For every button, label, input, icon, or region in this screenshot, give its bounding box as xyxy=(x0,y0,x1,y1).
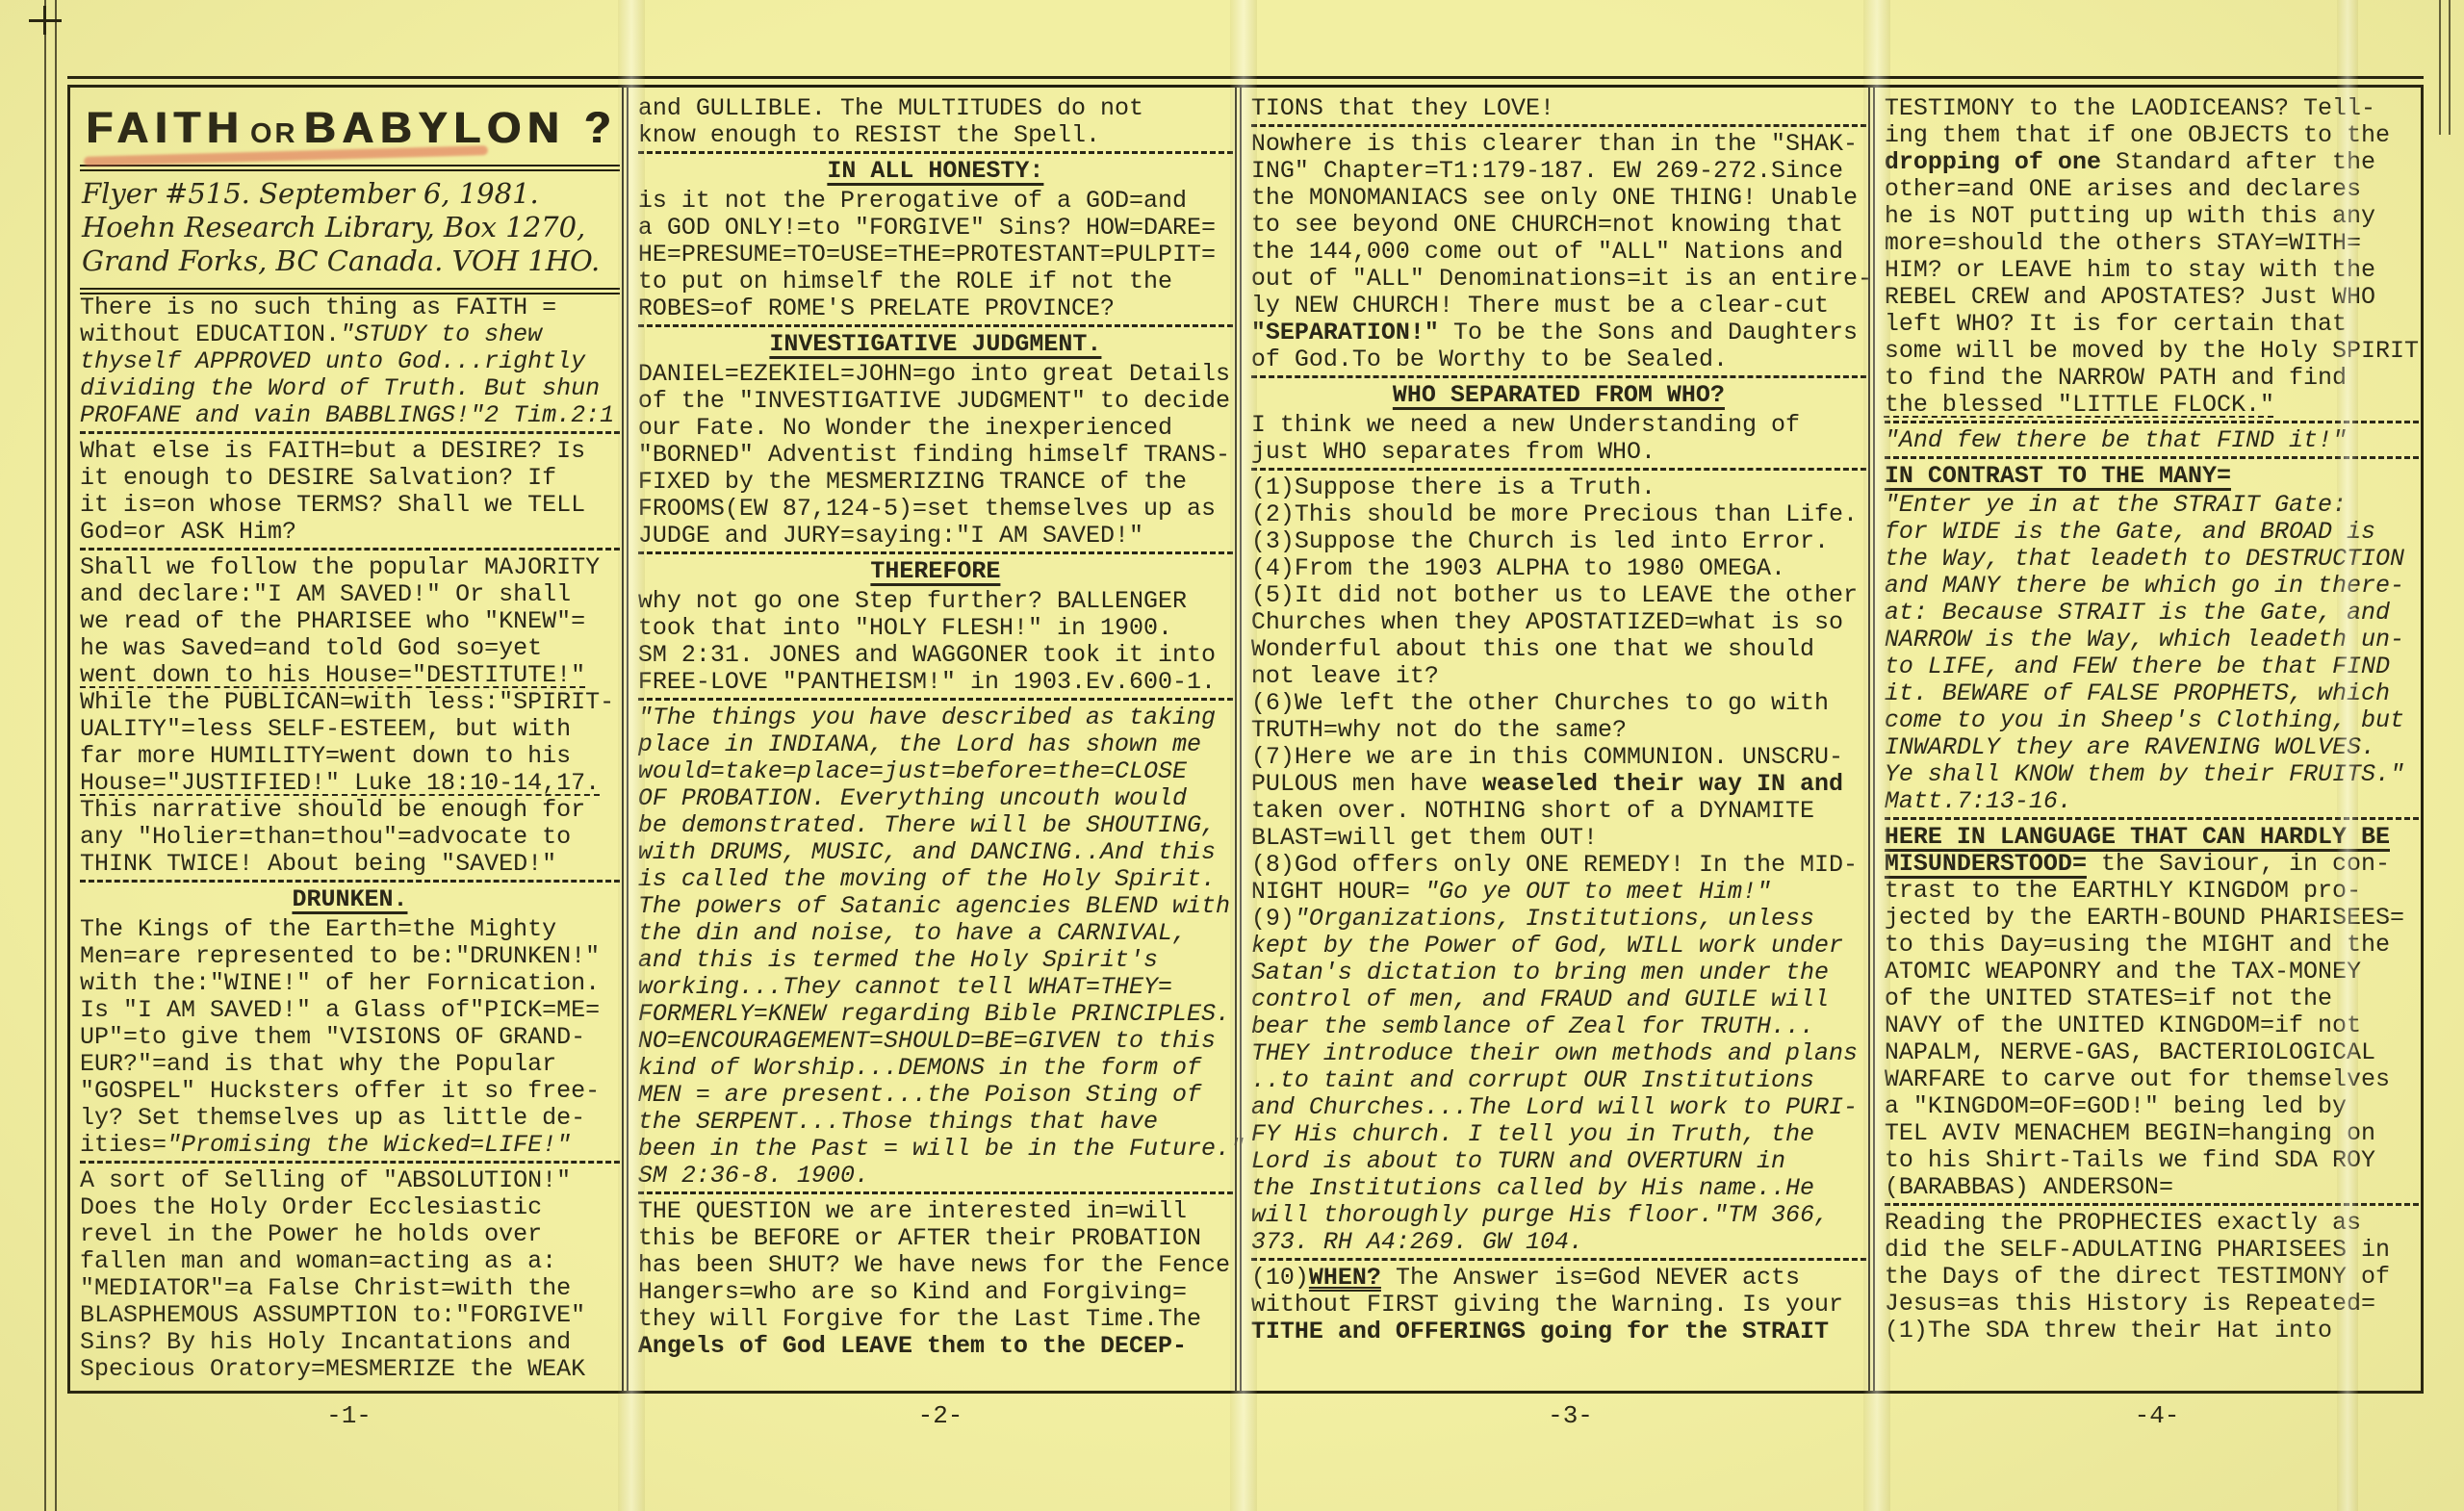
text-line: A sort of Selling of "ABSOLUTION!" xyxy=(80,1167,620,1194)
column-2: and GULLIBLE. The MULTITUDES do notknow … xyxy=(622,88,1235,1391)
text-line: of the UNITED STATES=if not the xyxy=(1885,986,2419,1012)
text-line: ly NEW CHURCH! There must be a clear-cut xyxy=(1251,293,1866,320)
text-line: kind of Worship...DEMONS in the form of xyxy=(638,1055,1233,1082)
text-line: to LIFE, and FEW there be that FIND xyxy=(1885,653,2419,680)
text-line: Angels of God LEAVE them to the DECEP- xyxy=(638,1333,1233,1360)
text-line: Churches when they APOSTATIZED=what is s… xyxy=(1251,609,1866,636)
text-line: our Fate. No Wonder the inexperienced xyxy=(638,415,1233,442)
text-line: ities="Promising the Wicked=LIFE!" xyxy=(80,1132,620,1159)
text-line: and declare:"I AM SAVED!" Or shall xyxy=(80,581,620,608)
text-line: the Way, that leadeth to DESTRUCTION xyxy=(1885,546,2419,573)
page-title-or: OR xyxy=(244,118,304,149)
text-line: they will Forgive for the Last Time.The xyxy=(638,1306,1233,1333)
text-line: THEREFORE xyxy=(638,558,1233,585)
text-line: THEY introduce their own methods and pla… xyxy=(1251,1040,1866,1067)
column-1: FAITHORBABYLON ? Flyer #515. September 6… xyxy=(70,88,622,1391)
text-line: for WIDE is the Gate, and BROAD is xyxy=(1885,519,2419,546)
text-line: any "Holier=than=thou"=advocate to xyxy=(80,824,620,851)
text-line: he was Saved=and told God so=yet xyxy=(80,635,620,662)
text-line: other=and ONE arises and declares xyxy=(1885,176,2419,203)
column-4-body: TESTIMONY to the LAODICEANS? Tell-ing th… xyxy=(1885,95,2419,1345)
text-line: fallen man and woman=acting as a: xyxy=(80,1248,620,1275)
text-line: went down to his House="DESTITUTE!" xyxy=(80,662,620,689)
text-block: Shall we follow the popular MAJORITYand … xyxy=(80,554,620,883)
page-numbers: -1- -2- -3- -4- xyxy=(67,1401,2424,1430)
text-line: "BORNED" Adventist finding himself TRANS… xyxy=(638,442,1233,469)
text-line: OF PROBATION. Everything uncouth would xyxy=(638,785,1233,812)
text-line: 373. RH A4:269. GW 104. xyxy=(1251,1229,1866,1256)
text-line: and Churches...The Lord will work to PUR… xyxy=(1251,1094,1866,1121)
text-line: is it not the Prerogative of a GOD=and xyxy=(638,188,1233,215)
text-line: TIONS that they LOVE! xyxy=(1251,95,1866,122)
text-line: HE=PRESUME=TO=USE=THE=PROTESTANT=PULPIT= xyxy=(638,242,1233,269)
text-line: HIM? or LEAVE him to stay with the xyxy=(1885,257,2419,284)
text-line: (9)"Organizations, Institutions, unless xyxy=(1251,906,1866,933)
text-line: HERE IN LANGUAGE THAT CAN HARDLY BE xyxy=(1885,824,2419,851)
text-line: SM 2:31. JONES and WAGGONER took it into xyxy=(638,642,1233,669)
text-line: of God.To be Worthy to be Sealed. xyxy=(1251,346,1866,373)
text-line: UP"=to give them "VISIONS OF GRAND- xyxy=(80,1024,620,1051)
text-line: this be BEFORE or AFTER their PROBATION xyxy=(638,1225,1233,1252)
text-line: BLASPHEMOUS ASSUMPTION to:"FORGIVE" xyxy=(80,1302,620,1329)
text-line: Reading the PROPHECIES exactly as xyxy=(1885,1210,2419,1237)
text-line: IN CONTRAST TO THE MANY= xyxy=(1885,463,2419,490)
text-line: Lord is about to TURN and OVERTURN in xyxy=(1251,1148,1866,1175)
page-title-2: BABYLON ? xyxy=(304,103,618,152)
text-line: kept by the Power of God, WILL work unde… xyxy=(1251,933,1866,960)
text-line: FREE-LOVE "PANTHEISM!" in 1903.Ev.600-1. xyxy=(638,669,1233,696)
section-heading: INVESTIGATIVE JUDGMENT. xyxy=(638,331,1233,358)
text-line: FROOMS(EW 87,124-5)=set themselves up as xyxy=(638,496,1233,523)
text-block: why not go one Step further? BALLENGERto… xyxy=(638,588,1233,701)
text-line: ING" Chapter=T1:179-187. EW 269-272.Sinc… xyxy=(1251,158,1866,185)
text-line: PROFANE and vain BABBLINGS!"2 Tim.2:1 xyxy=(80,402,620,429)
flyer-info: Flyer #515. September 6, 1981. Hoehn Res… xyxy=(80,171,620,295)
text-line: dividing the Word of Truth. But shun xyxy=(80,375,620,402)
text-line: FORMERLY=KNEW regarding Bible PRINCIPLES… xyxy=(638,1001,1233,1028)
text-line: NAVY of the UNITED KINGDOM=if not xyxy=(1885,1012,2419,1039)
text-line: he is NOT putting up with this any xyxy=(1885,203,2419,230)
flyer-number-date: Flyer #515. September 6, 1981. xyxy=(82,177,618,211)
text-line: to see beyond ONE CHURCH=not knowing tha… xyxy=(1251,212,1866,239)
text-line: be demonstrated. There will be SHOUTING, xyxy=(638,812,1233,839)
text-line: Wonderful about this one that we should xyxy=(1251,636,1866,663)
section-heading: THEREFORE xyxy=(638,558,1233,585)
section-heading: IN ALL HONESTY: xyxy=(638,158,1233,185)
text-line: TRUTH=why not do the same? xyxy=(1251,717,1866,744)
text-line: WHO SEPARATED FROM WHO? xyxy=(1251,382,1866,409)
page-edge-tick xyxy=(2439,0,2451,135)
text-line: EUR?"=and is that why the Popular xyxy=(80,1051,620,1078)
text-line: This narrative should be enough for xyxy=(80,797,620,824)
page-number-1: -1- xyxy=(67,1401,630,1430)
text-line: (7)Here we are in this COMMUNION. UNSCRU… xyxy=(1251,744,1866,771)
text-line: a GOD ONLY!=to "FORGIVE" Sins? HOW=DARE= xyxy=(638,215,1233,242)
text-line: The powers of Satanic agencies BLEND wit… xyxy=(638,893,1233,920)
text-line: "Enter ye in at the STRAIT Gate: xyxy=(1885,492,2419,519)
text-block: "The things you have described as taking… xyxy=(638,704,1233,1194)
text-line: TITHE and OFFERINGS going for the STRAIT xyxy=(1251,1319,1866,1345)
text-line: (10)WHEN? The Answer is=God NEVER acts xyxy=(1251,1265,1866,1292)
text-block: and GULLIBLE. The MULTITUDES do notknow … xyxy=(638,95,1233,154)
text-line: why not go one Step further? BALLENGER xyxy=(638,588,1233,615)
text-line: (5)It did not bother us to LEAVE the oth… xyxy=(1251,582,1866,609)
text-line: at: Because STRAIT is the Gate, and xyxy=(1885,600,2419,627)
section-heading: IN CONTRAST TO THE MANY= xyxy=(1885,463,2419,490)
publisher-line: Hoehn Research Library, Box 1270, xyxy=(82,211,618,244)
text-line: MEN = are present...the Poison Sting of xyxy=(638,1082,1233,1109)
column-4: TESTIMONY to the LAODICEANS? Tell-ing th… xyxy=(1868,88,2421,1391)
text-line: (8)God offers only ONE REMEDY! In the MI… xyxy=(1251,852,1866,879)
text-line: ing them that if one OBJECTS to the xyxy=(1885,122,2419,149)
text-block: There is no such thing as FAITH =without… xyxy=(80,295,620,434)
text-line: without FIRST giving the Warning. Is you… xyxy=(1251,1292,1866,1319)
text-line: control of men, and FRAUD and GUILE will xyxy=(1251,986,1866,1013)
text-line: Shall we follow the popular MAJORITY xyxy=(80,554,620,581)
page-title: FAITH xyxy=(86,103,244,152)
text-line: ..to taint and corrupt OUR Institutions xyxy=(1251,1067,1866,1094)
text-block: A sort of Selling of "ABSOLUTION!"Does t… xyxy=(80,1167,620,1383)
text-block: "Enter ye in at the STRAIT Gate:for WIDE… xyxy=(1885,492,2419,820)
text-line: ROBES=of ROME'S PRELATE PROVINCE? xyxy=(638,295,1233,322)
text-line: House="JUSTIFIED!" Luke 18:10-14,17. xyxy=(80,770,620,797)
text-line: THINK TWICE! About being "SAVED!" xyxy=(80,851,620,878)
registration-cross xyxy=(29,6,62,35)
text-line: ATOMIC WEAPONRY and the TAX-MONEY xyxy=(1885,959,2419,986)
text-line: thyself APPROVED unto God...rightly xyxy=(80,348,620,375)
page-number-2: -2- xyxy=(630,1401,1250,1430)
text-line: without EDUCATION."STUDY to shew xyxy=(80,321,620,348)
text-line: Ye shall KNOW them by their FRUITS." xyxy=(1885,761,2419,788)
text-line: to this Day=using the MIGHT and the xyxy=(1885,932,2419,959)
text-line: (4)From the 1903 ALPHA to 1980 OMEGA. xyxy=(1251,555,1866,582)
text-block: (10)WHEN? The Answer is=God NEVER actswi… xyxy=(1251,1265,1866,1345)
text-line: "The things you have described as taking xyxy=(638,704,1233,731)
text-line: will thoroughly purge His floor."TM 366, xyxy=(1251,1202,1866,1229)
text-block: TESTIMONY to the LAODICEANS? Tell-ing th… xyxy=(1885,95,2419,423)
text-block: What else is FAITH=but a DESIRE? Isit en… xyxy=(80,438,620,551)
text-line: left WHO? It is for certain that xyxy=(1885,311,2419,338)
text-line: (1)Suppose there is a Truth. xyxy=(1251,474,1866,501)
text-line: the din and noise, to have a CARNIVAL, xyxy=(638,920,1233,947)
text-line: FIXED by the MESMERIZING TRANCE of the xyxy=(638,469,1233,496)
text-line: the Days of the direct TESTIMONY of xyxy=(1885,1264,2419,1291)
text-line: TESTIMONY to the LAODICEANS? Tell- xyxy=(1885,95,2419,122)
text-line: come to you in Sheep's Clothing, but xyxy=(1885,707,2419,734)
masthead: FAITHORBABYLON ? xyxy=(80,95,620,171)
text-line: of the "INVESTIGATIVE JUDGMENT" to decid… xyxy=(638,388,1233,415)
text-line: Does the Holy Order Ecclesiastic xyxy=(80,1194,620,1221)
text-block: The Kings of the Earth=the MightyMen=are… xyxy=(80,916,620,1164)
text-line: trast to the EARTHLY KINGDOM pro- xyxy=(1885,878,2419,905)
text-line: (BARABBAS) ANDERSON= xyxy=(1885,1174,2419,1201)
text-line: DRUNKEN. xyxy=(80,886,620,913)
text-line: (2)This should be more Precious than Lif… xyxy=(1251,501,1866,528)
text-line: (3)Suppose the Church is led into Error. xyxy=(1251,528,1866,555)
text-line: would=take=place=just=before=the=CLOSE xyxy=(638,758,1233,785)
text-line: NIGHT HOUR= "Go ye OUT to meet Him!" xyxy=(1251,879,1866,906)
text-line: INVESTIGATIVE JUDGMENT. xyxy=(638,331,1233,358)
text-line: revel in the Power he holds over xyxy=(80,1221,620,1248)
text-line: it enough to DESIRE Salvation? If xyxy=(80,465,620,492)
text-line: taken over. NOTHING short of a DYNAMITE xyxy=(1251,798,1866,825)
text-line: took that into "HOLY FLESH!" in 1900. xyxy=(638,615,1233,642)
text-line: the MONOMANIACS see only ONE THING! Unab… xyxy=(1251,185,1866,212)
text-line: has been SHUT? We have news for the Fenc… xyxy=(638,1252,1233,1279)
text-line: IN ALL HONESTY: xyxy=(638,158,1233,185)
text-line: and GULLIBLE. The MULTITUDES do not xyxy=(638,95,1233,122)
text-line: is called the moving of the Holy Spirit. xyxy=(638,866,1233,893)
text-line: some will be moved by the Holy SPIRIT xyxy=(1885,338,2419,365)
text-line: ly? Set themselves up as little de- xyxy=(80,1105,620,1132)
text-line: a "KINGDOM=OF=GOD!" being led by xyxy=(1885,1093,2419,1120)
text-line: jected by the EARTH-BOUND PHARISEES= xyxy=(1885,905,2419,932)
text-block: TIONS that they LOVE! xyxy=(1251,95,1866,127)
text-line: to put on himself the ROLE if not the xyxy=(638,269,1233,295)
text-line: I think we need a new Understanding of xyxy=(1251,412,1866,439)
text-line: the 144,000 come out of "ALL" Nations an… xyxy=(1251,239,1866,266)
text-line: just WHO separates from WHO. xyxy=(1251,439,1866,466)
document-frame: FAITHORBABYLON ? Flyer #515. September 6… xyxy=(67,85,2424,1394)
text-block: DANIEL=EZEKIEL=JOHN=go into great Detail… xyxy=(638,361,1233,554)
text-line: Satan's dictation to bring men under the xyxy=(1251,960,1866,986)
text-line: been in the Past = will be in the Future… xyxy=(638,1136,1233,1163)
text-line: to find the NARROW PATH and find xyxy=(1885,365,2419,392)
column-2-body: and GULLIBLE. The MULTITUDES do notknow … xyxy=(638,95,1233,1360)
text-block: HERE IN LANGUAGE THAT CAN HARDLY BEMISUN… xyxy=(1885,824,2419,1206)
text-line: did the SELF-ADULATING PHARISEES in xyxy=(1885,1237,2419,1264)
text-line: "GOSPEL" Hucksters offer it so free- xyxy=(80,1078,620,1105)
column-3-body: TIONS that they LOVE!Nowhere is this cle… xyxy=(1251,95,1866,1345)
text-line: place in INDIANA, the Lord has shown me xyxy=(638,731,1233,758)
text-line: the Institutions called by His name..He xyxy=(1251,1175,1866,1202)
text-block: (1)Suppose there is a Truth.(2)This shou… xyxy=(1251,474,1866,1261)
text-line: out of "ALL" Denominations=it is an enti… xyxy=(1251,266,1866,293)
page-number-4: -4- xyxy=(1890,1401,2424,1430)
text-line: God=or ASK Him? xyxy=(80,519,620,546)
text-line: TEL AVIV MENACHEM BEGIN=hanging on xyxy=(1885,1120,2419,1147)
text-line: and this is termed the Holy Spirit's xyxy=(638,947,1233,974)
text-block: Reading the PROPHECIES exactly asdid the… xyxy=(1885,1210,2419,1345)
text-line: far more HUMILITY=went down to his xyxy=(80,743,620,770)
text-line: the blessed "LITTLE FLOCK." xyxy=(1885,392,2419,419)
page-number-3: -3- xyxy=(1250,1401,1890,1430)
text-line: JUDGE and JURY=saying:"I AM SAVED!" xyxy=(638,523,1233,550)
text-line: While the PUBLICAN=with less:"SPIRIT- xyxy=(80,689,620,716)
text-line: "MEDIATOR"=a False Christ=with the xyxy=(80,1275,620,1302)
text-line: THE QUESTION we are interested in=will xyxy=(638,1198,1233,1225)
text-line: the SERPENT...Those things that have xyxy=(638,1109,1233,1136)
text-line: DANIEL=EZEKIEL=JOHN=go into great Detail… xyxy=(638,361,1233,388)
text-line: UALITY"=less SELF-ESTEEM, but with xyxy=(80,716,620,743)
text-line: Matt.7:13-16. xyxy=(1885,788,2419,815)
text-line: and MANY there be which go in there- xyxy=(1885,573,2419,600)
text-line: Is "I AM SAVED!" a Glass of"PICK=ME= xyxy=(80,997,620,1024)
text-line: NARROW is the Way, which leadeth un- xyxy=(1885,627,2419,653)
text-line: Nowhere is this clearer than in the "SHA… xyxy=(1251,131,1866,158)
section-heading: WHO SEPARATED FROM WHO? xyxy=(1251,382,1866,409)
text-line: REBEL CREW and APOSTATES? Just WHO xyxy=(1885,284,2419,311)
text-line: Hangers=who are so Kind and Forgiving= xyxy=(638,1279,1233,1306)
text-line: "SEPARATION!" To be the Sons and Daughte… xyxy=(1251,320,1866,346)
page-edge-rule xyxy=(44,0,57,1511)
publisher-address: Grand Forks, BC Canada. VOH 1HO. xyxy=(82,244,618,278)
text-line: WARFARE to carve out for themselves xyxy=(1885,1066,2419,1093)
text-line: to his Shirt-Tails we find SDA ROY xyxy=(1885,1147,2419,1174)
text-line: MISUNDERSTOOD= the Saviour, in con- xyxy=(1885,851,2419,878)
text-line: bear the semblance of Zeal for TRUTH... xyxy=(1251,1013,1866,1040)
text-line: know enough to RESIST the Spell. xyxy=(638,122,1233,149)
text-line: dropping of one Standard after the xyxy=(1885,149,2419,176)
text-line: not leave it? xyxy=(1251,663,1866,690)
text-block: I think we need a new Understanding ofju… xyxy=(1251,412,1866,471)
text-line: BLAST=will get them OUT! xyxy=(1251,825,1866,852)
text-line: Jesus=as this History is Repeated= xyxy=(1885,1291,2419,1318)
text-line: (1)The SDA threw their Hat into xyxy=(1885,1318,2419,1345)
column-1-body: There is no such thing as FAITH =without… xyxy=(80,295,620,1383)
text-line: SM 2:36-8. 1900. xyxy=(638,1163,1233,1190)
text-block: "And few there be that FIND it!" xyxy=(1885,427,2419,459)
text-line: Specious Oratory=MESMERIZE the WEAK xyxy=(80,1356,620,1383)
text-line: Men=are represented to be:"DRUNKEN!" xyxy=(80,943,620,970)
text-line: Sins? By his Holy Incantations and xyxy=(80,1329,620,1356)
text-line: What else is FAITH=but a DESIRE? Is xyxy=(80,438,620,465)
column-3: TIONS that they LOVE!Nowhere is this cle… xyxy=(1235,88,1868,1391)
text-line: it is=on whose TERMS? Shall we TELL xyxy=(80,492,620,519)
text-line: NO=ENCOURAGEMENT=SHOULD=BE=GIVEN to this xyxy=(638,1028,1233,1055)
text-line: it. BEWARE of FALSE PROPHETS, which xyxy=(1885,680,2419,707)
text-line: There is no such thing as FAITH = xyxy=(80,295,620,321)
text-block: Nowhere is this clearer than in the "SHA… xyxy=(1251,131,1866,378)
text-block: THE QUESTION we are interested in=willth… xyxy=(638,1198,1233,1360)
text-line: more=should the others STAY=WITH= xyxy=(1885,230,2419,257)
text-line: FY His church. I tell you in Truth, the xyxy=(1251,1121,1866,1148)
section-heading: DRUNKEN. xyxy=(80,886,620,913)
text-line: working...They cannot tell WHAT=THEY= xyxy=(638,974,1233,1001)
text-line: with DRUMS, MUSIC, and DANCING..And this xyxy=(638,839,1233,866)
text-line: The Kings of the Earth=the Mighty xyxy=(80,916,620,943)
text-line: "And few there be that FIND it!" xyxy=(1885,427,2419,454)
text-line: (6)We left the other Churches to go with xyxy=(1251,690,1866,717)
text-line: PULOUS men have weaseled their way IN an… xyxy=(1251,771,1866,798)
text-line: NAPALM, NERVE-GAS, BACTERIOLOGICAL xyxy=(1885,1039,2419,1066)
text-line: with the:"WINE!" of her Fornication. xyxy=(80,970,620,997)
text-line: INWARDLY they are RAVENING WOLVES. xyxy=(1885,734,2419,761)
text-line: we read of the PHARISEE who "KNEW"= xyxy=(80,608,620,635)
text-block: is it not the Prerogative of a GOD=anda … xyxy=(638,188,1233,327)
